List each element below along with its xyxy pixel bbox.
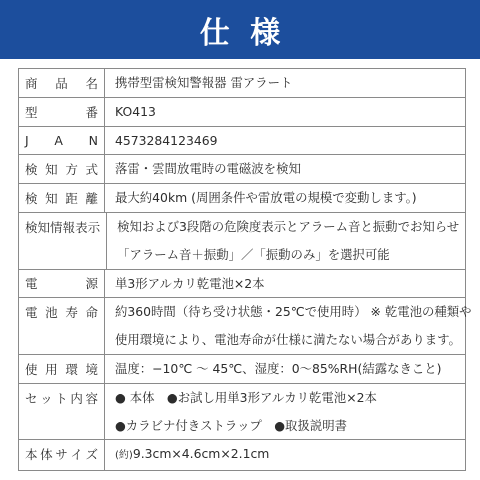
table-row-detection-method: 検知方式 落雷・雲間放電時の電磁波を検知	[19, 154, 465, 183]
row-value: ● 本体 ●お試し用単3形アルカリ乾電池×2本 ●カラビナ付きストラップ ●取扱…	[105, 384, 465, 440]
row-value: 温度：−10℃ 〜 45℃、湿度：0〜85%RH(結露なきこと)	[105, 355, 465, 383]
value-line: 4573284123469	[115, 127, 461, 155]
spec-page: 仕 様 商品名 携帯型雷検知警報器 雷アラート 型番 KO413 JAN 457	[0, 0, 480, 480]
table-row-product-name: 商品名 携帯型雷検知警報器 雷アラート	[19, 69, 465, 97]
table-row-power-source: 電源 単3形アルカリ乾電池×2本	[19, 269, 465, 298]
row-value: 落雷・雲間放電時の電磁波を検知	[105, 155, 465, 183]
value-line: (約)9.3cm×4.6cm×2.1cm	[115, 440, 461, 470]
label-cell: セット内容	[19, 384, 105, 440]
row-value: 検知および3段階の危険度表示とアラーム音と振動でお知らせ 「アラーム音＋振動」／…	[107, 213, 465, 269]
value-line: 温度：−10℃ 〜 45℃、湿度：0〜85%RH(結露なきこと)	[115, 355, 461, 383]
table-row-model-number: 型番 KO413	[19, 97, 465, 126]
table-row-detection-info-display: 検知情報表示 検知および3段階の危険度表示とアラーム音と振動でお知らせ 「アラー…	[19, 212, 465, 269]
label-cell: 使用環境	[19, 355, 105, 383]
row-label: 検知方式	[19, 155, 104, 183]
label-cell: JAN	[19, 127, 105, 155]
row-label: JAN	[19, 127, 104, 155]
value-line: 使用環境により、電池寿命が仕様に満たない場合があります。	[115, 326, 461, 354]
row-value: 4573284123469	[105, 127, 465, 155]
row-label: 電源	[19, 270, 104, 298]
label-cell: 検知距離	[19, 184, 105, 212]
value-line: 単3形アルカリ乾電池×2本	[115, 270, 461, 298]
value-line: KO413	[115, 98, 461, 126]
table-row-battery-life: 電池寿命 約360時間（待ち受け状態・25℃で使用時） ※ 乾電池の種類や 使用…	[19, 297, 465, 354]
row-value: KO413	[105, 98, 465, 126]
table-row-jan-code: JAN 4573284123469	[19, 126, 465, 155]
row-value: (約)9.3cm×4.6cm×2.1cm	[105, 440, 465, 470]
table-row-body-size: 本体サイズ (約)9.3cm×4.6cm×2.1cm	[19, 439, 465, 470]
row-value: 約360時間（待ち受け状態・25℃で使用時） ※ 乾電池の種類や 使用環境により…	[105, 298, 465, 354]
label-cell: 電源	[19, 270, 105, 298]
value-line: 約360時間（待ち受け状態・25℃で使用時） ※ 乾電池の種類や	[115, 298, 461, 326]
label-cell: 商品名	[19, 69, 105, 97]
size-value: 9.3cm×4.6cm×2.1cm	[133, 446, 270, 461]
value-line: ●カラビナ付きストラップ ●取扱説明書	[115, 412, 461, 440]
row-label: 検知情報表示	[19, 213, 106, 241]
row-label: 電池寿命	[19, 298, 104, 326]
table-row-set-contents: セット内容 ● 本体 ●お試し用単3形アルカリ乾電池×2本 ●カラビナ付きストラ…	[19, 383, 465, 440]
approx-prefix: (約)	[115, 450, 133, 461]
row-label: セット内容	[19, 384, 104, 412]
row-label: 本体サイズ	[19, 440, 104, 468]
value-line: 落雷・雲間放電時の電磁波を検知	[115, 155, 461, 183]
value-line: 検知および3段階の危険度表示とアラーム音と振動でお知らせ	[117, 213, 461, 241]
label-cell: 本体サイズ	[19, 440, 105, 470]
row-value: 最大約40km (周囲条件や雷放電の規模で変動します。)	[105, 184, 465, 212]
value-line: ● 本体 ●お試し用単3形アルカリ乾電池×2本	[115, 384, 461, 412]
value-line: 「アラーム音＋振動」／「振動のみ」を選択可能	[117, 241, 461, 269]
label-cell: 検知情報表示	[19, 213, 107, 269]
spec-table: 商品名 携帯型雷検知警報器 雷アラート 型番 KO413 JAN 4573284…	[18, 68, 466, 471]
row-value: 携帯型雷検知警報器 雷アラート	[105, 69, 465, 97]
row-value: 単3形アルカリ乾電池×2本	[105, 270, 465, 298]
title-banner: 仕 様	[0, 0, 480, 59]
value-line: 最大約40km (周囲条件や雷放電の規模で変動します。)	[115, 184, 461, 212]
value-line: 携帯型雷検知警報器 雷アラート	[115, 69, 461, 97]
row-label: 検知距離	[19, 184, 104, 212]
table-row-operating-environment: 使用環境 温度：−10℃ 〜 45℃、湿度：0〜85%RH(結露なきこと)	[19, 354, 465, 383]
label-cell: 検知方式	[19, 155, 105, 183]
row-label: 型番	[19, 98, 104, 126]
label-cell: 型番	[19, 98, 105, 126]
label-cell: 電池寿命	[19, 298, 105, 354]
row-label: 使用環境	[19, 355, 104, 383]
row-label: 商品名	[19, 69, 104, 97]
page-title: 仕 様	[195, 8, 285, 52]
table-row-detection-range: 検知距離 最大約40km (周囲条件や雷放電の規模で変動します。)	[19, 183, 465, 212]
